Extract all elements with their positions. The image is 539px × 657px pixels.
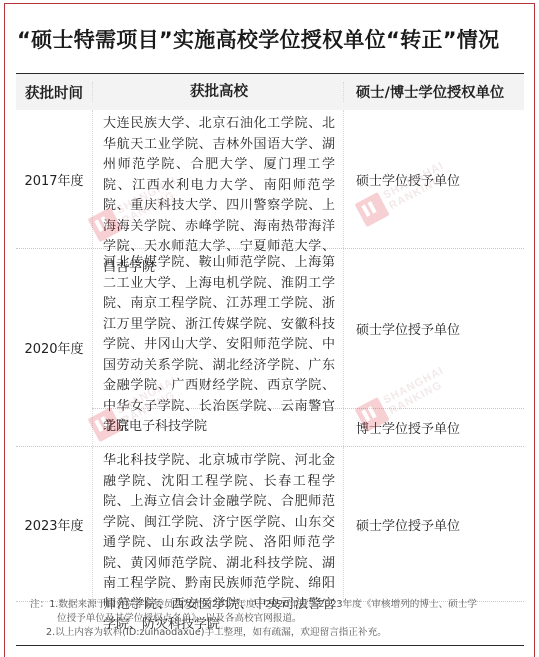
header-approval-time: 获批时间 — [16, 82, 92, 103]
table-row-2023: 2023年度 华北科技学院、北京城市学院、河北金融学院、沈阳工程学院、长春工程学… — [16, 447, 524, 602]
footnote-2: 2.以上内容为软科(ID:zuihaodaxue)手工整理，如有疏漏，欢迎留言指… — [16, 626, 524, 640]
header-approved-schools: 获批高校 — [92, 82, 343, 103]
table-subrow: 北京电子科技学院 博士学位授予单位 — [92, 409, 524, 446]
table-row-2020: 2020年度 河北传媒学院、鞍山师范学院、上海第二工业大学、上海电机学院、淮阴工… — [16, 249, 524, 447]
degree-unit-cell: 硕士学位授予单位 — [343, 447, 524, 601]
footnote-label: 注： — [30, 599, 49, 610]
header-degree-unit: 硕士/博士学位授权单位 — [343, 82, 524, 102]
degree-unit-cell: 硕士学位授予单位 — [343, 110, 524, 248]
footnote-1-continued: 位授予单位及其学位授权点名单》，以及各高校官网报道。 — [16, 612, 524, 626]
schools-text: 北京电子科技学院 — [103, 417, 207, 438]
schools-cell: 河北传媒学院、鞍山师范学院、上海第二工业大学、上海电机学院、淮阴工学院、南京工程… — [92, 249, 343, 408]
year-cell: 2023年度 — [16, 447, 92, 601]
degree-unit-cell: 博士学位授予单位 — [343, 409, 524, 446]
page-title: “硕士特需项目”实施高校学位授权单位“转正”情况 — [17, 24, 527, 54]
row-group-2020: 河北传媒学院、鞍山师范学院、上海第二工业大学、上海电机学院、淮阴工学院、南京工程… — [92, 249, 524, 446]
year-cell: 2017年度 — [16, 110, 92, 248]
schools-cell: 华北科技学院、北京城市学院、河北金融学院、沈阳工程学院、长春工程学院、上海立信会… — [92, 447, 343, 601]
year-cell: 2020年度 — [16, 249, 92, 446]
table-bottom-rule — [16, 645, 524, 646]
schools-cell: 北京电子科技学院 — [92, 409, 343, 446]
footnote-1-line-1: 1.数据来源于国务院学位委员会发布的2017年度、2020年度、2023年度《审… — [49, 599, 477, 610]
authorization-table: 获批时间 获批高校 硕士/博士学位授权单位 2017年度 大连民族大学、北京石油… — [16, 73, 524, 602]
table-header-row: 获批时间 获批高校 硕士/博士学位授权单位 — [16, 74, 524, 110]
footnotes: 注：1.数据来源于国务院学位委员会发布的2017年度、2020年度、2023年度… — [16, 598, 524, 640]
degree-unit-cell: 硕士学位授予单位 — [343, 249, 524, 408]
footnote-1: 注：1.数据来源于国务院学位委员会发布的2017年度、2020年度、2023年度… — [16, 598, 524, 612]
schools-cell: 大连民族大学、北京石油化工学院、北华航天工业学院、吉林外国语大学、湖州师范学院、… — [92, 110, 343, 248]
table-subrow: 河北传媒学院、鞍山师范学院、上海第二工业大学、上海电机学院、淮阴工学院、南京工程… — [92, 249, 524, 409]
table-row-2017: 2017年度 大连民族大学、北京石油化工学院、北华航天工业学院、吉林外国语大学、… — [16, 110, 524, 249]
